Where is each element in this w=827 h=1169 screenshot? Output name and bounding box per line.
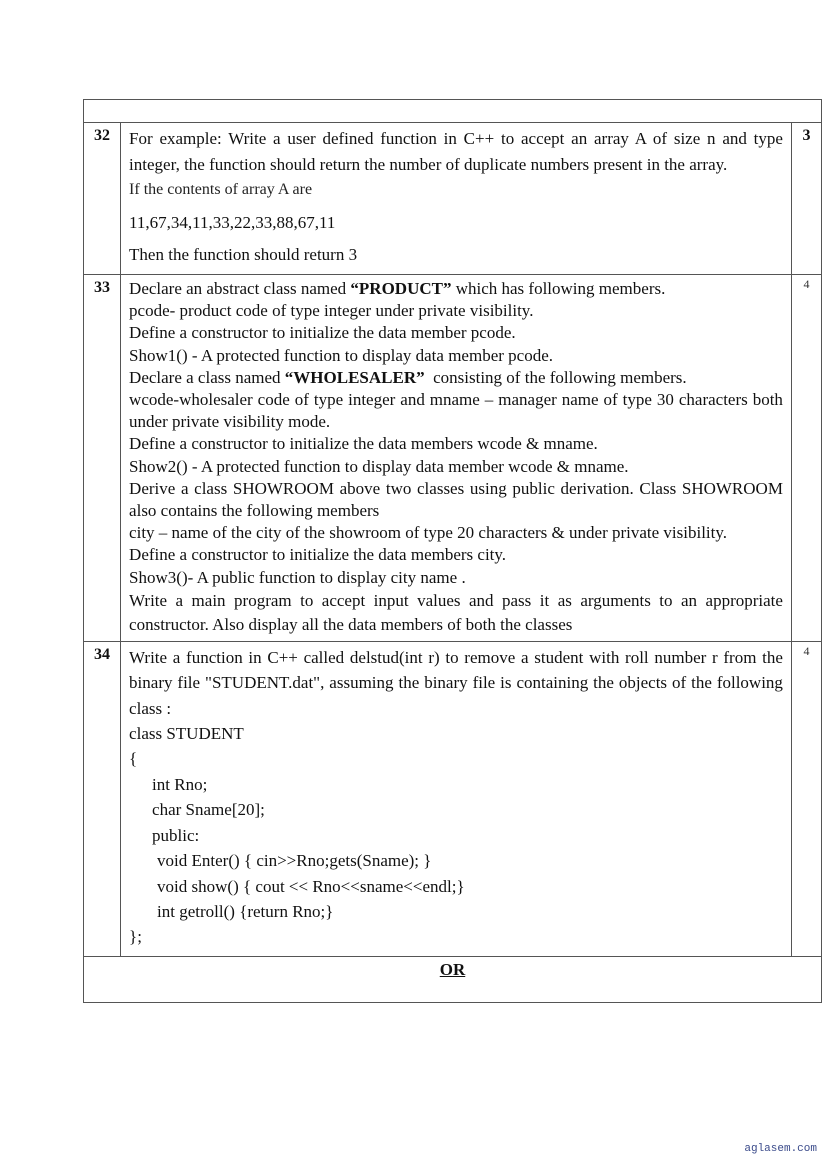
question-line: Define a constructor to initialize the d… <box>129 322 783 344</box>
text-span: Declare an abstract class named <box>129 279 350 298</box>
question-number: 32 <box>84 123 121 275</box>
question-line: Derive a class SHOWROOM above two classe… <box>129 478 783 522</box>
question-line: If the contents of array A are <box>129 180 783 200</box>
watermark: aglasem.com <box>744 1143 817 1155</box>
code-line: }; <box>129 924 783 949</box>
text-span: which has following members. <box>451 279 665 298</box>
question-line: Show2() - A protected function to displa… <box>129 456 783 478</box>
code-line: int Rno; <box>129 772 783 797</box>
question-line: Declare a class named “WHOLESALER” consi… <box>129 367 783 389</box>
array-values: 11,67,34,11,33,22,33,88,67,11 <box>129 212 783 234</box>
question-line: city – name of the city of the showroom … <box>129 522 783 544</box>
text-span: consisting of the following members. <box>425 368 687 387</box>
question-table: 32 For example: Write a user defined fun… <box>83 99 822 1003</box>
marks: 3 <box>791 123 821 275</box>
question-number: 33 <box>84 275 121 642</box>
question-text: For example: Write a user defined functi… <box>129 126 783 178</box>
question-row-33: 33 Declare an abstract class named “PROD… <box>84 275 822 642</box>
or-row: OR <box>84 956 822 1002</box>
question-content: Write a function in C++ called delstud(i… <box>121 641 792 956</box>
class-name-product: “PRODUCT” <box>350 279 451 298</box>
code-line: int getroll() {return Rno;} <box>129 899 783 924</box>
text-span: Declare a class named <box>129 368 285 387</box>
marks: 4 <box>791 275 821 642</box>
question-line: wcode-wholesaler code of type integer an… <box>129 389 783 433</box>
code-line: { <box>129 746 783 771</box>
code-line: public: <box>129 823 783 848</box>
question-line: Define a constructor to initialize the d… <box>129 544 783 566</box>
code-line: class STUDENT <box>129 721 783 746</box>
code-line: void Enter() { cin>>Rno;gets(Sname); } <box>129 848 783 873</box>
question-row-32: 32 For example: Write a user defined fun… <box>84 123 822 275</box>
code-line: void show() { cout << Rno<<sname<<endl;} <box>129 874 783 899</box>
question-line: Define a constructor to initialize the d… <box>129 433 783 455</box>
question-line: Then the function should return 3 <box>129 244 783 266</box>
question-line: Write a main program to accept input val… <box>129 589 783 637</box>
question-line: Declare an abstract class named “PRODUCT… <box>129 278 783 300</box>
question-line: Show1() - A protected function to displa… <box>129 345 783 367</box>
question-number: 34 <box>84 641 121 956</box>
class-name-wholesaler: “WHOLESALER” <box>285 368 425 387</box>
code-line: char Sname[20]; <box>129 797 783 822</box>
or-label: OR <box>440 960 466 980</box>
question-content: For example: Write a user defined functi… <box>121 123 792 275</box>
question-row-34: 34 Write a function in C++ called delstu… <box>84 641 822 956</box>
question-content: Declare an abstract class named “PRODUCT… <box>121 275 792 642</box>
blank-header-row <box>84 100 822 123</box>
question-line: Show3()- A public function to display ci… <box>129 567 783 589</box>
question-text: Write a function in C++ called delstud(i… <box>129 645 783 721</box>
marks: 4 <box>791 641 821 956</box>
question-line: pcode- product code of type integer unde… <box>129 300 783 322</box>
